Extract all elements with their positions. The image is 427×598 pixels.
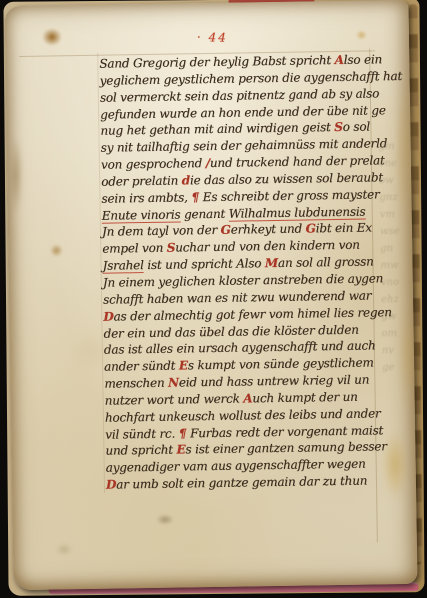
ink-text: ist und spricht Also (144, 256, 265, 272)
ink-text: nutzer wort und werck (105, 391, 244, 407)
bleedthrough-glyph: ehz (381, 291, 423, 309)
ink-text: ar umb solt ein gantze gemain dar zu thu… (116, 474, 367, 492)
ink-text: nug het gethan mit aind wirdigen geist (100, 120, 334, 138)
rubric-text: ¶ (179, 426, 191, 440)
verso-bleedthrough: gmvneowgnzvmwsegnmwvnoehzgwomnvge (379, 138, 425, 377)
ink-text: Es schreibt der gross mayster (203, 187, 380, 204)
ink-text: der ein und das übel das die klöster dul… (103, 322, 358, 340)
rubric-text: d (182, 173, 190, 187)
ink-text: Sand Gregorig der heylig Babst spricht (99, 53, 334, 71)
ink-text: as der almechtig got fewr vom himel lies… (113, 305, 391, 323)
ink-text: s ist einer gantzen samung besser (185, 440, 386, 457)
text-block: Sand Gregorig der heylig Babst spricht A… (99, 51, 384, 493)
ink-text: sein irs ambts, (101, 190, 191, 205)
rubric-text: S (167, 241, 176, 255)
rubric-text: E (176, 443, 185, 457)
ink-text: hochfart unkeusch wollust des leibs und … (105, 406, 381, 424)
rubric-text: Jsrahel (102, 258, 143, 274)
ink-text: menschen (104, 376, 168, 391)
ink-text: ibt ein Ex (316, 221, 372, 236)
bleedthrough-glyph: gm (379, 138, 421, 156)
ink-text: sol vermerckt sein das pitnentz gand ab … (100, 86, 379, 104)
ink-text: o sol (343, 120, 370, 134)
rubric-text: D (103, 309, 113, 323)
ink-text: genant (180, 206, 228, 221)
bleedthrough-glyph: nv (382, 342, 424, 360)
ink-text: Jn einem yeglichen kloster anstreben die… (103, 271, 384, 289)
ink-text: vil sündt rc. (105, 426, 179, 441)
bleedthrough-glyph: gnz (379, 189, 421, 207)
ink-text: erhkeyt und (231, 222, 306, 237)
rubric-text: D (106, 478, 116, 492)
manuscript-photo-scene: · 44 Sand Gregorig der heylig Babst spri… (0, 0, 427, 598)
ink-text: lso ein (344, 52, 383, 67)
ink-text: Jn dem tayl von der (102, 223, 221, 239)
ink-text: eid und hass untrew krieg vil un (179, 373, 370, 390)
ink-text: s kumpt von sünde geystlichem (188, 356, 374, 373)
ink-text: und spricht (105, 443, 176, 458)
rubric-text: A (243, 391, 252, 405)
ink-text: aygenadiger vam aus aygenschaffter wegen (106, 457, 366, 475)
rubric-text: Wilhalmus lubdunensis (229, 204, 366, 221)
ink-text: ander sündt (104, 359, 179, 374)
ink-text: oder prelatin (101, 173, 182, 188)
bleedthrough-glyph: gn (380, 240, 422, 258)
ink-text: uch kumpt der un (252, 390, 357, 406)
rubric-text: G (220, 223, 230, 237)
ink-text: Furbas redt der vorgenant maist (190, 423, 383, 440)
rubric-text: ¶ (191, 190, 203, 204)
ink-text: von gesprochend (101, 156, 206, 172)
ink-text: empel von (102, 241, 167, 256)
bleedthrough-glyph: ge (382, 359, 424, 377)
bleedthrough-glyph: vne (379, 155, 421, 173)
rubric-text: Enute vinoris (102, 207, 181, 223)
ink-text: schafft haben wan es nit zwu wunderend w… (103, 288, 371, 306)
ink-text: uchar und von den kindern von (175, 238, 360, 255)
bleedthrough-glyph: vm (380, 206, 422, 224)
bleedthrough-glyph: ow (379, 172, 421, 190)
folio-number: · 44 (197, 30, 257, 45)
rubric-text: E (179, 359, 188, 373)
bleedthrough-glyph: gw (381, 308, 423, 326)
manuscript-page: · 44 Sand Gregorig der heylig Babst spri… (4, 0, 417, 590)
ink-text: an sol all grossn (278, 255, 374, 271)
rubric-text: N (168, 376, 179, 390)
rubric-text: M (265, 256, 278, 270)
bleedthrough-glyph: vno (381, 274, 423, 292)
manuscript-line: Dar umb solt ein gantze gemain dar zu th… (106, 472, 384, 493)
ink-text: ie das also zu wissen sol beraubt (190, 170, 383, 187)
bleedthrough-glyph: mw (380, 257, 422, 275)
bleedthrough-glyph: om (381, 325, 423, 343)
bleedthrough-glyph: wse (380, 223, 422, 241)
rubric-text: G (305, 222, 315, 236)
ink-text: und truckend hand der prelat (210, 153, 385, 170)
